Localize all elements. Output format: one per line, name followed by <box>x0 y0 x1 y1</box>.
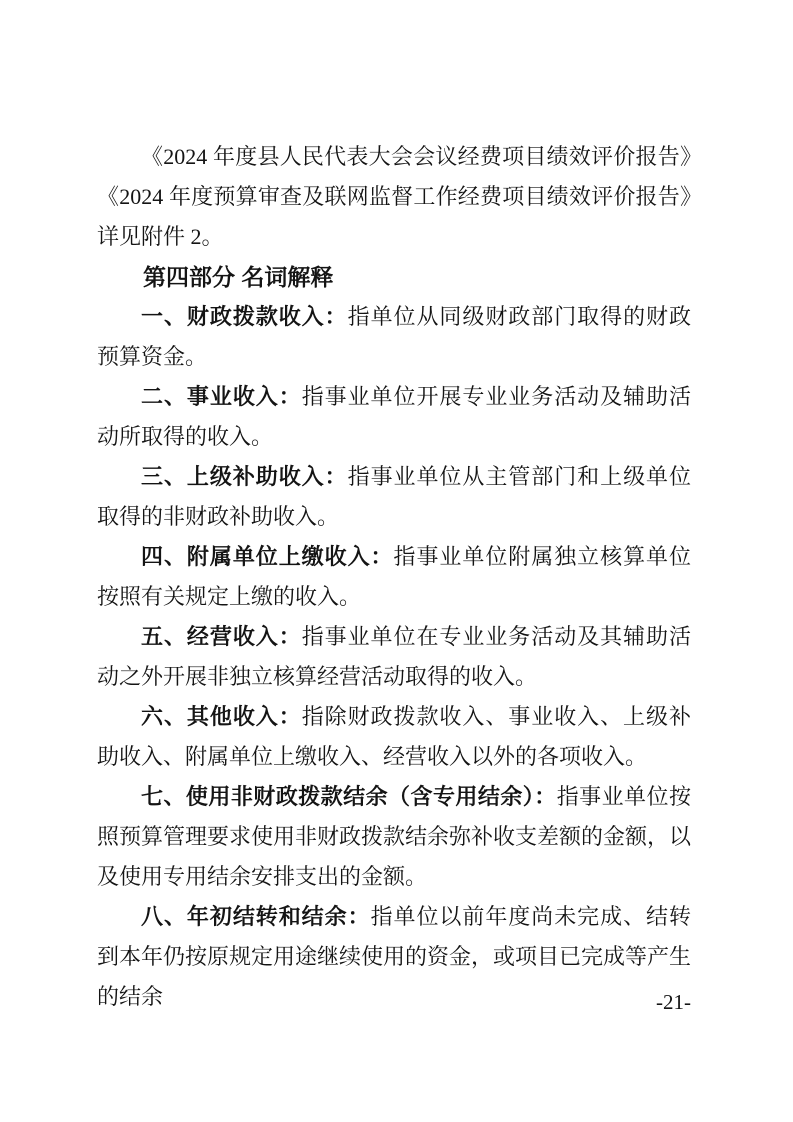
term-definition-6: 六、其他收入：指除财政拨款收入、事业收入、上级补助收入、附属单位上缴收入、经营收… <box>97 697 691 777</box>
term-definition-4: 四、附属单位上缴收入：指事业单位附属独立核算单位按照有关规定上缴的收入。 <box>97 537 691 617</box>
term-definition-7: 七、使用非财政拨款结余（含专用结余）：指事业单位按照预算管理要求使用非财政拨款结… <box>97 777 691 897</box>
page-number: -21- <box>97 988 691 1016</box>
term-label-7: 七、使用非财政拨款结余（含专用结余）： <box>141 784 557 809</box>
page-body-text: 《2024 年度县人民代表大会会议经费项目绩效评价报告》《2024 年度预算审查… <box>97 137 691 1017</box>
term-label-6: 六、其他收入： <box>141 704 302 729</box>
term-label-3: 三、上级补助收入： <box>141 464 348 489</box>
document-page: 《2024 年度县人民代表大会会议经费项目绩效评价报告》《2024 年度预算审查… <box>0 0 793 1122</box>
term-label-5: 五、经营收入： <box>141 624 302 649</box>
term-label-2: 二、事业收入： <box>141 384 302 409</box>
term-label-1: 一、财政拨款收入： <box>141 304 348 329</box>
term-definition-3: 三、上级补助收入：指事业单位从主管部门和上级单位取得的非财政补助收入。 <box>97 457 691 537</box>
term-label-4: 四、附属单位上缴收入： <box>141 544 394 569</box>
intro-paragraph: 《2024 年度县人民代表大会会议经费项目绩效评价报告》《2024 年度预算审查… <box>97 137 691 257</box>
term-definition-5: 五、经营收入：指事业单位在专业业务活动及其辅助活动之外开展非独立核算经营活动取得… <box>97 617 691 697</box>
term-definition-2: 二、事业收入：指事业单位开展专业业务活动及辅助活动所取得的收入。 <box>97 377 691 457</box>
term-definition-1: 一、财政拨款收入：指单位从同级财政部门取得的财政预算资金。 <box>97 297 691 377</box>
section-heading: 第四部分 名词解释 <box>97 257 691 297</box>
term-label-8: 八、年初结转和结余： <box>141 904 371 929</box>
